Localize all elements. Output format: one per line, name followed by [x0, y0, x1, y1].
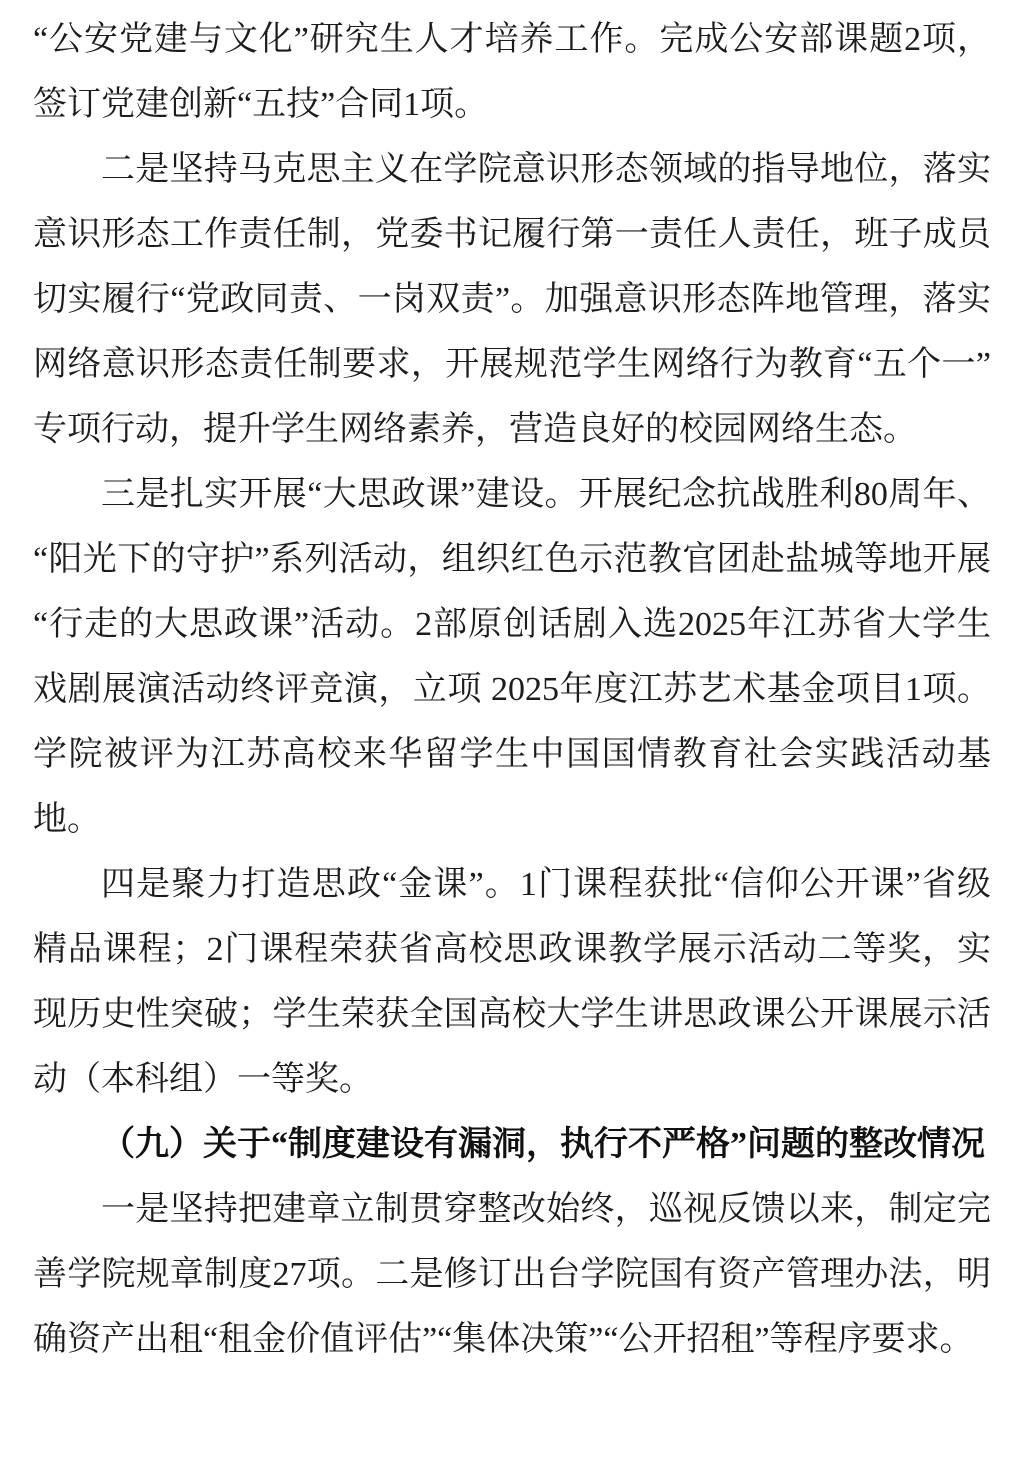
paragraph-institution-building: 一是坚持把建章立制贯穿整改始终，巡视反馈以来，制定完善学院规章制度27项。二是修… [33, 1177, 991, 1372]
section-heading-nine: （九）关于“制度建设有漏洞，执行不严格”问题的整改情况 [33, 1112, 991, 1177]
paragraph-big-ideology-course: 三是扎实开展“大思政课”建设。开展纪念抗战胜利80周年、“阳光下的守护”系列活动… [33, 462, 991, 852]
paragraph-golden-course: 四是聚力打造思政“金课”。1门课程获批“信仰公开课”省级精品课程；2门课程荣获省… [33, 852, 991, 1112]
paragraph-continuation: “公安党建与文化”研究生人才培养工作。完成公安部课题2项，签订党建创新“五技”合… [33, 7, 991, 137]
document-page: “公安党建与文化”研究生人才培养工作。完成公安部课题2项，签订党建创新“五技”合… [0, 0, 1024, 1466]
paragraph-ideology-leadership: 二是坚持马克思主义在学院意识形态领域的指导地位，落实意识形态工作责任制，党委书记… [33, 137, 991, 462]
